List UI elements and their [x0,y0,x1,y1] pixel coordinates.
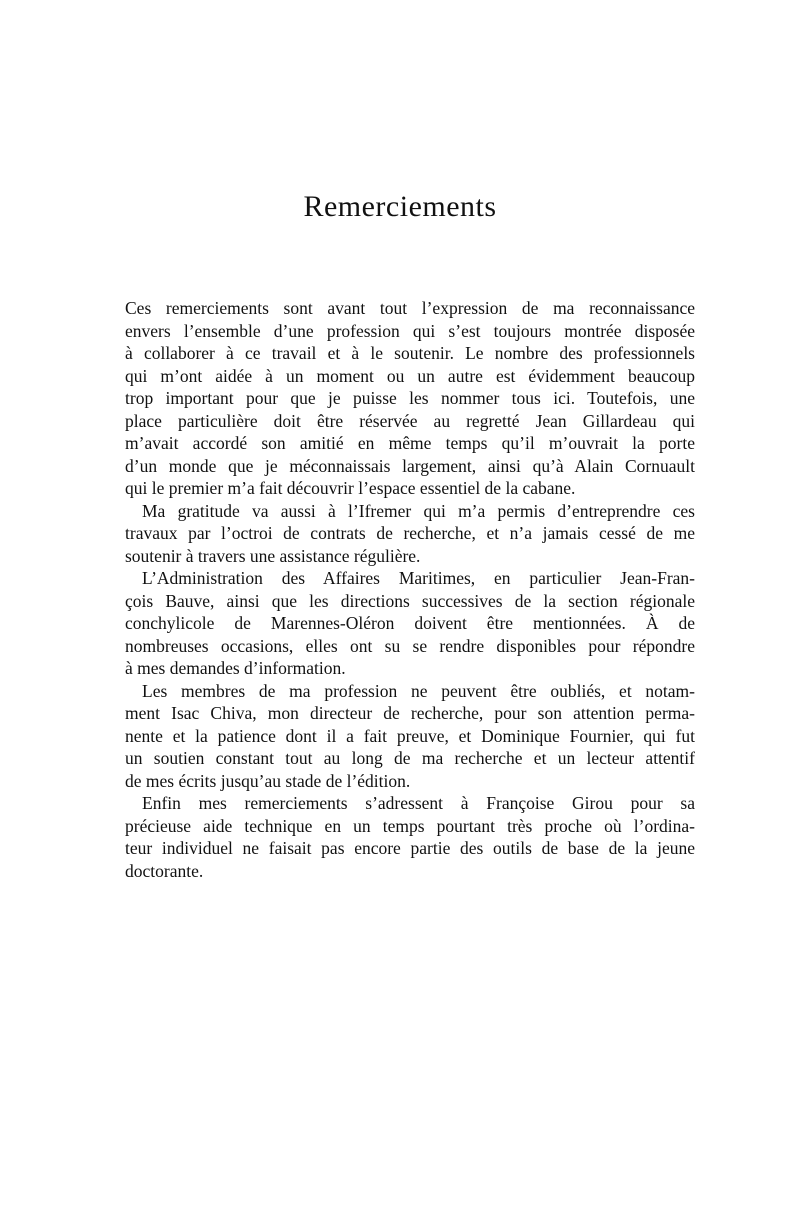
paragraph-1-line-1: Ces remerciements sont avant tout l’expr… [125,297,695,320]
paragraph-1-line-3: à collaborer à ce travail et à le souten… [125,342,695,365]
paragraph-1-line-5: trop important pour que je puisse les no… [125,387,695,410]
paragraph-3-line-3: conchylicole de Marennes-Oléron doivent … [125,612,695,635]
paragraph-5-line-1: Enfin mes remerciements s’adressent à Fr… [125,792,695,815]
page-title: Remerciements [0,188,800,226]
paragraph-2-line-3: soutenir à travers une assistance réguli… [125,545,695,568]
paragraph-4-line-5: de mes écrits jusqu’au stade de l’éditio… [125,770,695,793]
paragraph-4-line-1: Les membres de ma profession ne peuvent … [125,680,695,703]
paragraph-1-line-7: m’avait accordé son amitié en même temps… [125,432,695,455]
paragraph-1-line-4: qui m’ont aidée à un moment ou un autre … [125,365,695,388]
paragraph-5-line-3: teur individuel ne faisait pas encore pa… [125,837,695,860]
paragraph-2-line-1: Ma gratitude va aussi à l’Ifremer qui m’… [125,500,695,523]
paragraph-3-line-4: nombreuses occasions, elles ont su se re… [125,635,695,658]
body-text: Ces remerciements sont avant tout l’expr… [125,297,695,882]
paragraph-3-line-2: çois Bauve, ainsi que les directions suc… [125,590,695,613]
paragraph-1-line-2: envers l’ensemble d’une profession qui s… [125,320,695,343]
paragraph-5-line-2: précieuse aide technique en un temps pou… [125,815,695,838]
paragraph-1-line-9: qui le premier m’a fait découvrir l’espa… [125,477,695,500]
paragraph-5-line-4: doctorante. [125,860,695,883]
paragraph-3-line-5: à mes demandes d’information. [125,657,695,680]
paragraph-3-line-1: L’Administration des Affaires Maritimes,… [125,567,695,590]
paragraph-4-line-3: nente et la patience dont il a fait preu… [125,725,695,748]
paragraph-4-line-2: ment Isac Chiva, mon directeur de recher… [125,702,695,725]
paragraph-1-line-6: place particulière doit être réservée au… [125,410,695,433]
paragraph-1-line-8: d’un monde que je méconnaissais largemen… [125,455,695,478]
paragraph-2-line-2: travaux par l’octroi de contrats de rech… [125,522,695,545]
book-page: Remerciements Ces remerciements sont ava… [0,0,800,1227]
paragraph-4-line-4: un soutien constant tout au long de ma r… [125,747,695,770]
